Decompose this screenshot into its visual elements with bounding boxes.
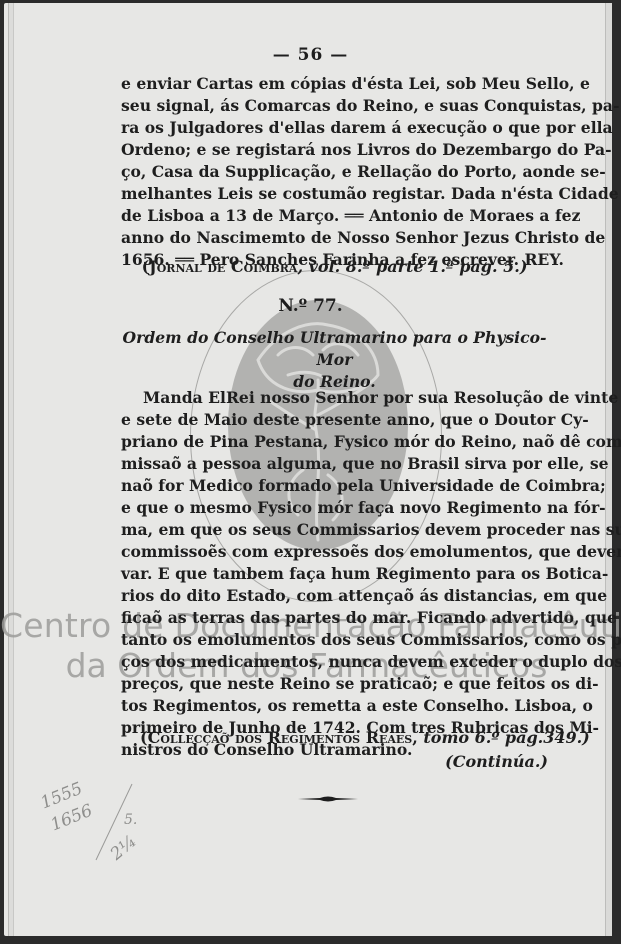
text-line: e enviar Cartas em cópias d'ésta Lei, so… <box>121 73 548 95</box>
citation-open-paren: ( <box>140 728 148 747</box>
page-number: — 56 — <box>0 45 621 65</box>
text-line: anno do Nascimemto de Nosso Senhor Jezus… <box>121 227 548 249</box>
text-line: seu signal, ás Comarcas do Reino, e suas… <box>121 95 548 117</box>
text-line: commissoẽs com expressoẽs dos emolumento… <box>121 541 548 563</box>
text-line: e sete de Maio deste presente anno, que … <box>121 409 548 431</box>
text-line: de Lisboa a 13 de Março. ══ Antonio de M… <box>121 205 548 227</box>
text-line: naõ for Medico formado pela Universidade… <box>121 475 548 497</box>
document-number: N.º 77. <box>0 296 621 316</box>
text-line: preços, que neste Reino se praticaõ; e q… <box>121 673 548 695</box>
text-line: ços dos medicamentos, nunca devem excede… <box>121 651 548 673</box>
citation-source: Collecçaõ dos Regimentos Reaes, <box>148 728 418 747</box>
citation-collecao-regimentos: (Collecçaõ dos Regimentos Reaes, tomo 6.… <box>140 728 548 747</box>
document-title: Ordem do Conselho Ultramarino para o Phy… <box>121 327 548 393</box>
handwritten-annotation: 1555 1656 2¼ 5. <box>36 772 156 872</box>
paragraph-order: Manda ElRei nosso Senhor por sua Resoluç… <box>121 387 548 761</box>
text-line: ra os Julgadores d'ellas darem á execuçã… <box>121 117 548 139</box>
text-line: missaõ a pessoa alguma, que no Brasil si… <box>121 453 548 475</box>
text-line: e que o mesmo Fysico mór faça novo Regim… <box>121 497 548 519</box>
text-line: tos Regimentos, os remetta a este Consel… <box>121 695 548 717</box>
text-line: ço, Casa da Supplicação, e Rellação do P… <box>121 161 548 183</box>
continuation-note: (Continúa.) <box>445 752 548 771</box>
document-title-line: Ordem do Conselho Ultramarino para o Phy… <box>121 327 548 371</box>
citation-jornal-de-coimbra: (Jornal de Coimbra, vol. 8.º parte 1.ª p… <box>121 257 548 276</box>
text-line: tanto os emolumentos dos seus Commissari… <box>121 629 548 651</box>
paragraph-law-closing: e enviar Cartas em cópias d'ésta Lei, so… <box>121 73 548 271</box>
citation-reference: tomo 6.º pag.349.) <box>418 728 590 747</box>
text-line: Manda ElRei nosso Senhor por sua Resoluç… <box>121 387 548 409</box>
citation-source: Jornal de Coimbra <box>149 257 297 276</box>
text-line: ficaõ as terras das partes do mar. Fican… <box>121 607 548 629</box>
text-line: melhantes Leis se costumão registar. Dad… <box>121 183 548 205</box>
text-line: priano de Pina Pestana, Fysico mór do Re… <box>121 431 548 453</box>
text-line: ma, em que os seus Commissarios devem pr… <box>121 519 548 541</box>
citation-reference: , vol. 8.º parte 1.ª pag. 5.) <box>297 257 527 276</box>
text-line: rios do dito Estado, com attençaõ ás dis… <box>121 585 548 607</box>
section-end-ornament-icon <box>298 795 358 803</box>
text-line: var. E que tambem faça hum Regimento par… <box>121 563 548 585</box>
handwritten-slash-icon <box>94 782 134 862</box>
text-line: Ordeno; e se registará nos Livros do Dez… <box>121 139 548 161</box>
page-edge-left <box>8 3 14 936</box>
